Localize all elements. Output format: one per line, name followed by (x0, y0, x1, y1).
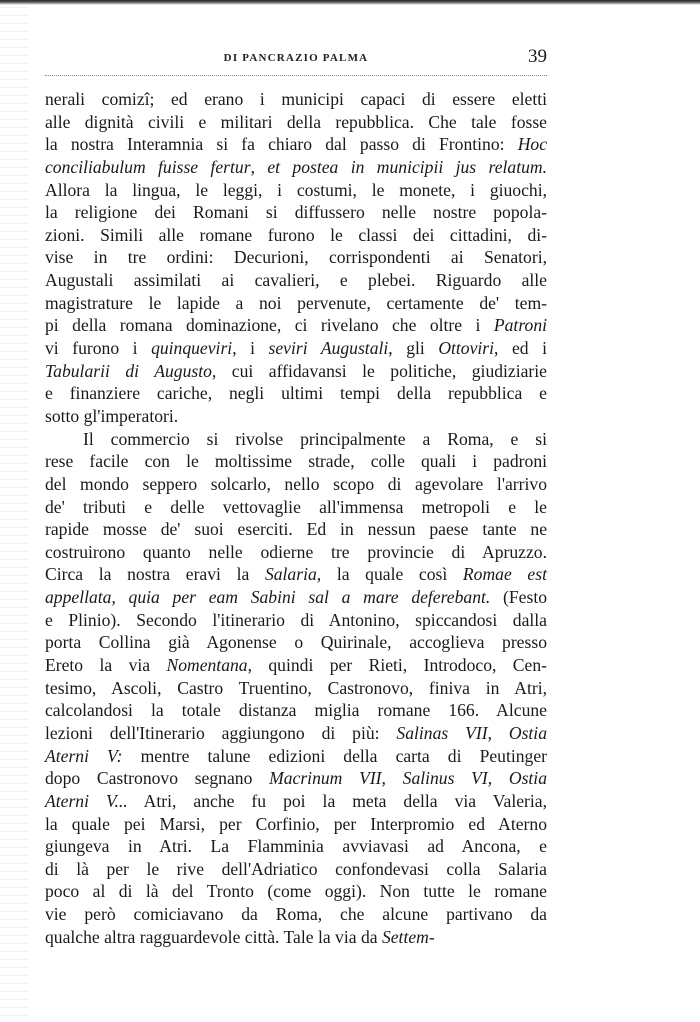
italic-text: Hoc (518, 134, 547, 154)
text-line: zioni. Simili alle romane furono le clas… (45, 224, 547, 247)
text-run: Ereto la via (45, 655, 166, 675)
text-run: , i (232, 338, 268, 358)
text-line: rapide mosse de' suoi eserciti. Ed in ne… (45, 518, 547, 541)
text-run: (Festo (490, 587, 547, 607)
text-run: lezioni dell'Itinerario aggiungono di pi… (45, 723, 396, 743)
italic-text: conciliabulum fuisse fertur (45, 157, 251, 177)
text-run: nerali comizî; ed erano i municipi capac… (45, 89, 547, 109)
text-run: , ed i (494, 338, 547, 358)
text-run: la religione dei Romani si diffussero ne… (45, 202, 547, 222)
text-run: poco al di là del Tronto (come oggi). No… (45, 881, 547, 901)
text-run: , gli (388, 338, 438, 358)
page-number: 39 (528, 46, 547, 68)
italic-text: quinqueviri (151, 338, 232, 358)
text-line: dopo Castronovo segnano Macrinum VII, Sa… (45, 767, 547, 790)
italic-text: Salaria, (265, 564, 321, 584)
text-line: vise in tre ordini: Decurioni, corrispon… (45, 246, 547, 269)
italic-text: Macrinum VII, Salinus VI, Ostia (269, 768, 547, 788)
header-dotted-rule (45, 75, 547, 76)
text-run: qualche altra ragguardevole città. Tale … (45, 927, 382, 947)
italic-text: seviri Augustali (269, 338, 389, 358)
text-line: vi furono i quinqueviri, i seviri August… (45, 337, 547, 360)
text-line: Tabularii di Augusto, cui affidavansi le… (45, 360, 547, 383)
text-run: cui affidavansi le politiche, giudiziari… (216, 361, 547, 381)
italic-text: Nomentana (166, 655, 247, 675)
text-run: rapide mosse de' suoi eserciti. Ed in ne… (45, 519, 547, 539)
text-run: tesimo, Ascoli, Castro Truentino, Castro… (45, 678, 547, 698)
text-run: e Plinio). Secondo l'itinerario di Anton… (45, 610, 547, 630)
text-line: tesimo, Ascoli, Castro Truentino, Castro… (45, 677, 547, 700)
text-run: mentre talune edizioni della carta di Pe… (123, 746, 547, 766)
italic-text: appellata, quia per eam Sabini sal a mar… (45, 587, 490, 607)
text-line: poco al di là del Tronto (come oggi). No… (45, 880, 547, 903)
text-line: la religione dei Romani si diffussero ne… (45, 201, 547, 224)
italic-text: Patroni (494, 315, 547, 335)
text-line: la quale pei Marsi, per Corfinio, per In… (45, 813, 547, 836)
text-run: la nostra Interamnia si fa chiaro dal pa… (45, 134, 518, 154)
text-run: Allora la lingua, le leggi, i costumi, l… (45, 180, 547, 200)
italic-text: Aterni V... (45, 791, 128, 811)
text-line: Ereto la via Nomentana, quindi per Rieti… (45, 654, 547, 677)
text-line: porta Collina già Agonense o Quirinale, … (45, 631, 547, 654)
text-line: di là per le rive dell'Adriatico confond… (45, 858, 547, 881)
text-run: la quale così (321, 564, 463, 584)
text-run: Augustali assimilati ai cavalieri, e ple… (45, 270, 547, 290)
text-line: la nostra Interamnia si fa chiaro dal pa… (45, 133, 547, 156)
text-run: la quale pei Marsi, per Corfinio, per In… (45, 814, 547, 834)
text-run: zioni. Simili alle romane furono le clas… (45, 225, 547, 245)
text-run: del mondo seppero solcarlo, nello scopo … (45, 474, 547, 494)
text-line: e Plinio). Secondo l'itinerario di Anton… (45, 609, 547, 632)
text-line: Augustali assimilati ai cavalieri, e ple… (45, 269, 547, 292)
text-line: Il commercio si rivolse principalmente a… (45, 428, 547, 451)
italic-text: Romae est (463, 564, 547, 584)
italic-text: et postea in municipii jus relatum. (267, 157, 547, 177)
text-run: di là per le rive dell'Adriatico confond… (45, 859, 547, 879)
italic-text: Ostia (509, 723, 547, 743)
italic-text: Tabularii di Augusto, (45, 361, 216, 381)
text-line: lezioni dell'Itinerario aggiungono di pi… (45, 722, 547, 745)
text-run: vi furono i (45, 338, 151, 358)
italic-text: Aterni V: (45, 746, 123, 766)
text-line: pi della romana dominazione, ci rivelano… (45, 314, 547, 337)
text-line: Aterni V: mentre talune edizioni della c… (45, 745, 547, 768)
text-line: conciliabulum fuisse fertur, et postea i… (45, 156, 547, 179)
text-run: calcolandosi la totale distanza miglia r… (45, 700, 547, 720)
text-run: Il commercio si rivolse principalmente a… (83, 429, 547, 449)
text-line: costruirono quanto nelle odierne tre pro… (45, 541, 547, 564)
text-run: Circa la nostra eravi la (45, 564, 265, 584)
text-run: giungeva in Atri. La Flamminia avviavasi… (45, 836, 547, 856)
text-line: rese facile con le moltissime strade, co… (45, 450, 547, 473)
text-line: calcolandosi la totale distanza miglia r… (45, 699, 547, 722)
text-line: sotto gl'imperatori. (45, 405, 547, 428)
text-run: e finanziere cariche, negli ultimi tempi… (45, 383, 547, 403)
text-run: porta Collina già Agonense o Quirinale, … (45, 632, 547, 652)
text-line: Circa la nostra eravi la Salaria, la qua… (45, 563, 547, 586)
text-line: Aterni V... Atri, anche fu poi la meta d… (45, 790, 547, 813)
text-run: , (251, 157, 268, 177)
body-text: nerali comizî; ed erano i municipi capac… (45, 88, 547, 948)
text-run: magistrature le lapide a noi pervenute, … (45, 293, 547, 313)
text-run: rese facile con le moltissime strade, co… (45, 451, 547, 471)
text-line: e finanziere cariche, negli ultimi tempi… (45, 382, 547, 405)
running-head: DI PANCRAZIO PALMA 39 (45, 46, 547, 72)
scan-top-edge (0, 0, 700, 5)
text-line: vie però comiciavano da Roma, che alcune… (45, 903, 547, 926)
text-line: magistrature le lapide a noi pervenute, … (45, 292, 547, 315)
text-run: , quindi per Rieti, Introdoco, Cen- (248, 655, 547, 675)
italic-text: Settem- (382, 927, 435, 947)
text-line: qualche altra ragguardevole città. Tale … (45, 926, 547, 949)
text-run: vie però comiciavano da Roma, che alcune… (45, 904, 547, 924)
scan-left-margin-noise (0, 0, 28, 1022)
text-run: costruirono quanto nelle odierne tre pro… (45, 542, 547, 562)
text-line: Allora la lingua, le leggi, i costumi, l… (45, 179, 547, 202)
text-run: dopo Castronovo segnano (45, 768, 269, 788)
italic-text: Salinas VII (396, 723, 487, 743)
italic-text: Ottoviri (438, 338, 494, 358)
text-run: vise in tre ordini: Decurioni, corrispon… (45, 247, 547, 267)
text-line: del mondo seppero solcarlo, nello scopo … (45, 473, 547, 496)
text-line: giungeva in Atri. La Flamminia avviavasi… (45, 835, 547, 858)
text-run: de' tributi e delle vettovaglie all'imme… (45, 497, 547, 517)
text-run: pi della romana dominazione, ci rivelano… (45, 315, 494, 335)
text-line: appellata, quia per eam Sabini sal a mar… (45, 586, 547, 609)
text-run: sotto gl'imperatori. (45, 406, 178, 426)
running-head-title: DI PANCRAZIO PALMA (45, 52, 547, 64)
text-run: Atri, anche fu poi la meta della via Val… (128, 791, 547, 811)
text-run: , (488, 723, 509, 743)
text-run: alle dignità civili e militari della rep… (45, 112, 547, 132)
text-line: nerali comizî; ed erano i municipi capac… (45, 88, 547, 111)
text-line: de' tributi e delle vettovaglie all'imme… (45, 496, 547, 519)
text-line: alle dignità civili e militari della rep… (45, 111, 547, 134)
